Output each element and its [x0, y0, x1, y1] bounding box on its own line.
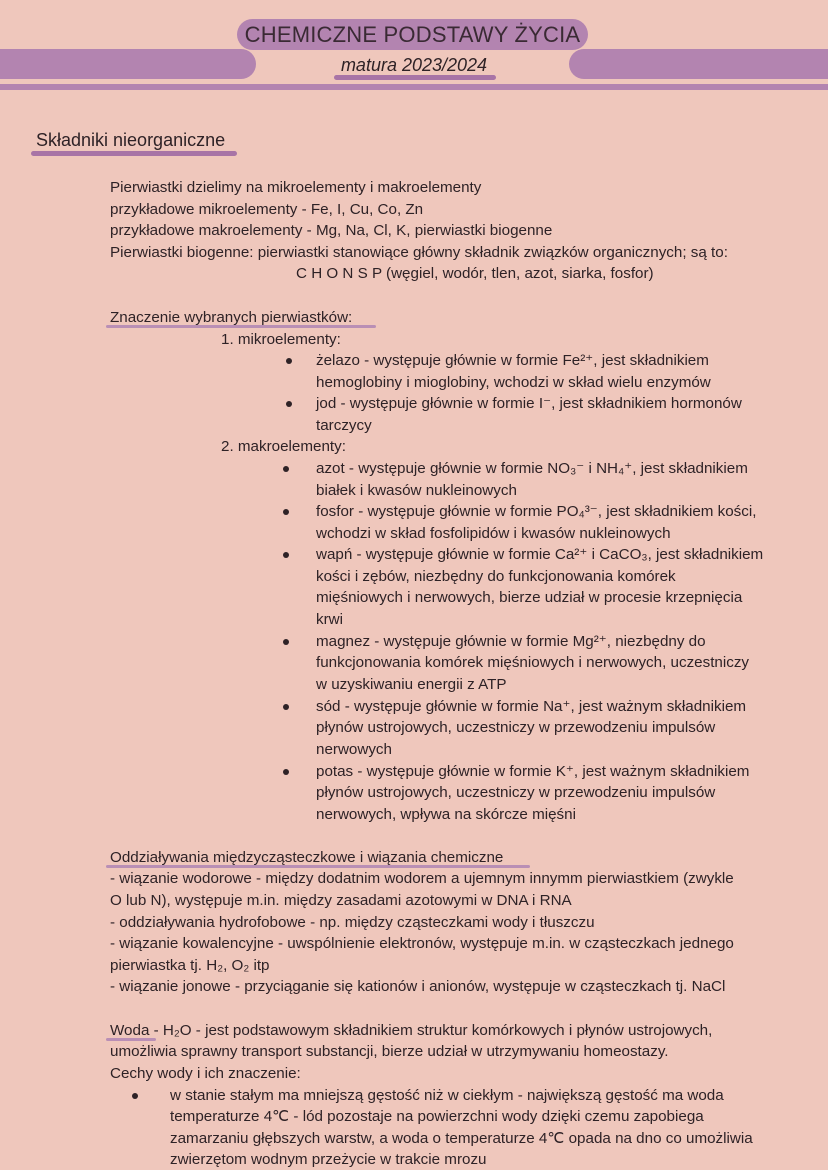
list-item-line: sód - występuje głównie w formie Na⁺, je…: [316, 696, 746, 718]
text-line: O lub N), występuje m.in. między zasadam…: [110, 890, 572, 912]
list-item-line: kości i zębów, niezbędny do funkcjonowan…: [316, 566, 676, 588]
group-label-micro: 1. mikroelementy:: [221, 329, 341, 351]
list-item-line: funkcjonowania komórek mięśniowych i ner…: [316, 652, 749, 674]
header-band-left: [0, 49, 256, 79]
list-item-line: wapń - występuje głównie w formie Ca²⁺ i…: [316, 544, 763, 566]
list-item-line: krwi: [316, 609, 343, 631]
text-line: przykładowe mikroelementy - Fe, I, Cu, C…: [110, 199, 423, 221]
text-line: - wiązanie wodorowe - między dodatnim wo…: [110, 868, 734, 890]
list-item-line: temperaturze 4℃ - lód pozostaje na powie…: [170, 1106, 704, 1128]
text-line: przykładowe makroelementy - Mg, Na, Cl, …: [110, 220, 552, 242]
list-item-line: mięśniowych i nerwowych, bierze udział w…: [316, 587, 742, 609]
bullet-icon: [283, 509, 289, 515]
heading-underline: [106, 325, 376, 328]
header-divider: [0, 84, 828, 90]
bullet-icon: [283, 466, 289, 472]
list-item-line: potas - występuje głównie w formie K⁺, j…: [316, 761, 749, 783]
text-line: Pierwiastki biogenne: pierwiastki stanow…: [110, 242, 728, 264]
list-item-line: azot - występuje głównie w formie NO₃⁻ i…: [316, 458, 748, 480]
list-item-line: tarczycy: [316, 415, 372, 437]
list-item-line: nerwowych: [316, 739, 392, 761]
section-heading-water: Woda: [110, 1022, 149, 1039]
bullet-icon: [132, 1093, 138, 1099]
list-item-line: magnez - występuje głównie w formie Mg²⁺…: [316, 631, 706, 653]
section-heading-inorganic: Składniki nieorganiczne: [36, 128, 225, 152]
list-item-line: w stanie stałym ma mniejszą gęstość niż …: [170, 1085, 724, 1107]
bullet-icon: [283, 639, 289, 645]
bullet-icon: [283, 704, 289, 710]
text-line: - wiązanie jonowe - przyciąganie się kat…: [110, 976, 725, 998]
group-label-macro: 2. makroelementy:: [221, 436, 346, 458]
page-title: CHEMICZNE PODSTAWY ŻYCIA: [237, 19, 588, 50]
list-item-line: w uzyskiwaniu energii z ATP: [316, 674, 506, 696]
page-header: CHEMICZNE PODSTAWY ŻYCIA matura 2023/202…: [0, 0, 828, 100]
bullet-icon: [286, 401, 292, 407]
text-line: Pierwiastki dzielimy na mikroelementy i …: [110, 177, 481, 199]
subtitle-underline: [334, 75, 496, 80]
heading-underline: [31, 151, 237, 156]
list-item-line: płynów ustrojowych, uczestniczy w przewo…: [316, 717, 715, 739]
list-item-line: białek i kwasów nukleinowych: [316, 480, 517, 502]
list-item-line: fosfor - występuje głównie w formie PO₄³…: [316, 501, 756, 523]
header-band-right: [569, 49, 828, 79]
text-line: - oddziaływania hydrofobowe - np. między…: [110, 912, 595, 934]
bullet-icon: [283, 552, 289, 558]
list-item-line: hemoglobiny i mioglobiny, wchodzi w skła…: [316, 372, 711, 394]
list-item-line: wchodzi w skład fosfolipidów i kwasów nu…: [316, 523, 671, 545]
water-intro-line: Woda - H₂O - jest podstawowym składnikie…: [110, 1020, 712, 1042]
bullet-icon: [283, 769, 289, 775]
text-line: - H₂O - jest podstawowym składnikiem str…: [149, 1022, 712, 1039]
text-line: - wiązanie kowalencyjne - uwspólnienie e…: [110, 933, 734, 955]
list-item-line: jod - występuje głównie w formie I⁻, jes…: [316, 393, 742, 415]
list-item-line: nerwowych, wpływa na skórcze mięśni: [316, 804, 576, 826]
text-line: pierwiastka tj. H₂, O₂ itp: [110, 955, 270, 977]
list-item-line: zwierzętom wodnym przeżycie w trakcie mr…: [170, 1149, 487, 1170]
text-line: Cechy wody i ich znaczenie:: [110, 1063, 301, 1085]
list-item-line: żelazo - występuje głównie w formie Fe²⁺…: [316, 350, 709, 372]
list-item-line: płynów ustrojowych, uczestniczy w przewo…: [316, 782, 715, 804]
bullet-icon: [286, 358, 292, 364]
list-item-line: zamarzaniu głębszych warstw, a woda o te…: [170, 1128, 753, 1150]
text-line: umożliwia sprawny transport substancji, …: [110, 1041, 669, 1063]
text-line: C H O N S P (węgiel, wodór, tlen, azot, …: [296, 263, 654, 285]
